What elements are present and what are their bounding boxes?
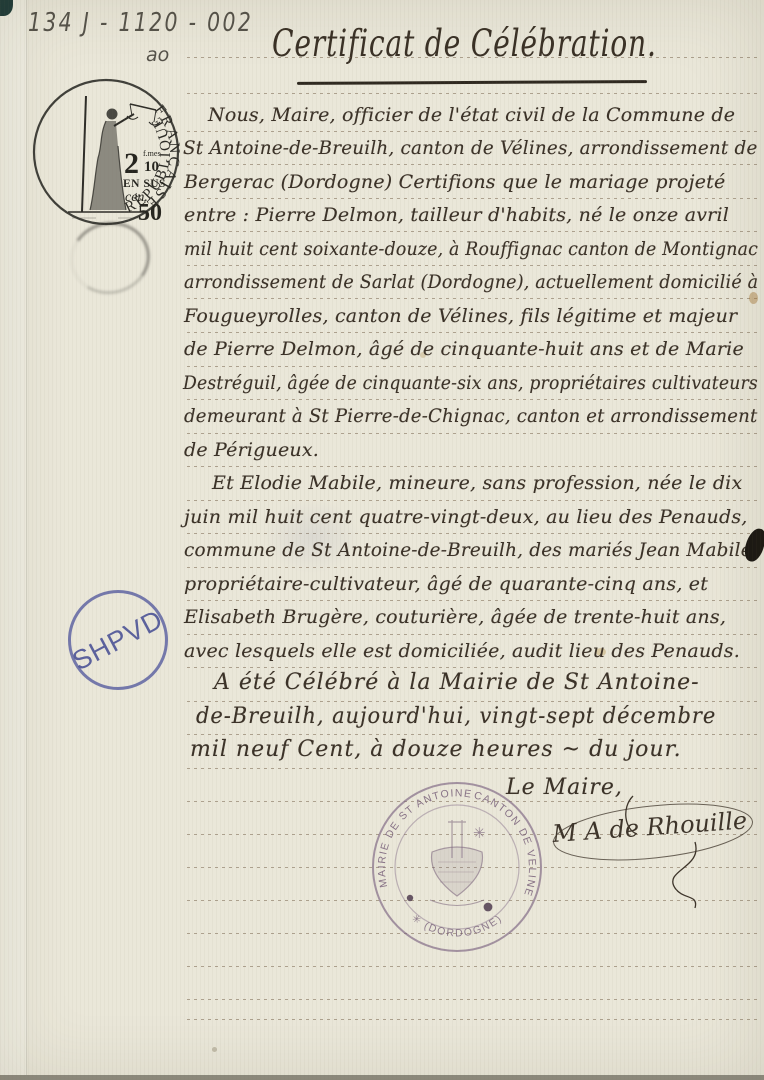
ruled-line: [187, 198, 757, 199]
mayor-signature: M A de Rhouille: [545, 790, 760, 918]
ruled-line: [187, 298, 757, 299]
ruled-line: [187, 768, 757, 769]
svg-text:✳ (DORDOGNE): ✳ (DORDOGNE): [409, 912, 505, 939]
ruled-line: [187, 466, 757, 467]
body-line: commune de St Antoine-de-Breuilh, des ma…: [184, 539, 758, 561]
ruled-line: [187, 433, 757, 434]
surcharge-label: EN SUS: [123, 178, 166, 190]
ruled-line: [187, 231, 757, 232]
ruled-line: [187, 57, 757, 58]
body-line: demeurant à St Pierre-de-Chignac, canton…: [184, 405, 757, 427]
ruled-line: [187, 701, 757, 702]
ruled-line: [187, 734, 757, 735]
foxing-spot: [212, 1047, 217, 1052]
ruled-line: [187, 667, 757, 668]
ruled-line: [187, 265, 757, 266]
body-line: arrondissement de Sarlat (Dordogne), act…: [184, 271, 758, 293]
body-line: mil neuf Cent, à douze heures ~ du jour.: [190, 737, 682, 762]
shpvd-stamp: SHPVD: [68, 590, 168, 690]
ruled-line: [187, 399, 757, 400]
body-line: Nous, Maire, officier de l'état civil de…: [208, 104, 735, 126]
ruled-line: [187, 93, 757, 94]
revenue-stamp: RÉPUBLIQUE FRANÇAISE 2 f.mes 10 EN SUS c…: [28, 74, 184, 230]
body-line: Fougueyrolles, canton de Vélines, fils l…: [184, 305, 737, 327]
surcharge-num: 10: [144, 159, 159, 175]
ruled-line: [187, 966, 757, 967]
body-line: Destréguil, âgée de cinquante-six ans, p…: [183, 372, 758, 394]
body-line: St Antoine-de-Breuilh, canton de Vélines…: [183, 137, 758, 159]
signature-text: M A de Rhouille: [550, 806, 748, 848]
value-amount: 50: [138, 200, 162, 226]
ruled-line: [187, 131, 757, 132]
surcharge-small: f.mes: [143, 149, 161, 158]
body-line: A été Célébré à la Mairie de St Antoine-: [214, 670, 700, 695]
shpvd-stamp-text: SHPVD: [67, 603, 168, 676]
mairie-crest-icon: ✳: [430, 820, 486, 906]
body-line: Bergerac (Dordogne) Certifions que le ma…: [184, 171, 725, 193]
ink-blot: [742, 526, 764, 563]
body-line: juin mil huit cent quatre-vingt-deux, au…: [184, 506, 748, 528]
mairie-stamp-bottom-text: ✳ (DORDOGNE): [409, 912, 505, 939]
ruled-line: [187, 366, 757, 367]
foxing-spot: [749, 292, 758, 304]
body-line: Et Elodie Mabile, mineure, sans professi…: [212, 472, 742, 494]
svg-text:✳: ✳: [473, 824, 486, 842]
ruled-line: [187, 500, 757, 501]
surcharge-digit: 2: [124, 147, 139, 180]
body-line: de-Breuilh, aujourd'hui, vingt-sept déce…: [196, 704, 716, 729]
body-line: de Périgueux.: [184, 439, 319, 461]
body-line: de Pierre Delmon, âgé de cinquante-huit …: [184, 338, 744, 360]
ruled-line: [187, 164, 757, 165]
ruled-line: [187, 600, 757, 601]
ruled-line: [187, 1019, 757, 1020]
archival-note: ao: [146, 44, 169, 66]
stamp-ink-spot: [407, 895, 413, 901]
ruled-line: [187, 332, 757, 333]
scanned-certificate-page: { "header": { "archival_ref": "134 J - 1…: [0, 0, 764, 1080]
body-line: Elisabeth Brugère, couturière, âgée de t…: [184, 606, 726, 628]
mairie-stamp: MAIRIE DE ST ANTOINE CANTON DE VELINES ✳…: [360, 780, 555, 955]
title-underline: [297, 80, 647, 85]
scan-bottom-edge: [0, 1075, 764, 1080]
scan-left-edge: [0, 0, 27, 1080]
stamp-ink-spot: [484, 903, 493, 912]
ruled-line: [187, 634, 757, 635]
ruled-line: [187, 567, 757, 568]
body-line: mil huit cent soixante-douze, à Rouffign…: [184, 238, 758, 260]
body-line: propriétaire-cultivateur, âgé de quarant…: [184, 573, 708, 595]
archival-reference: 134 J - 1120 - 002: [28, 8, 253, 38]
body-line: entre : Pierre Delmon, tailleur d'habits…: [184, 204, 729, 226]
document-title: Certificat de Célébration.: [272, 22, 657, 65]
ruled-line: [187, 999, 757, 1000]
body-line: avec lesquels elle est domiciliée, audit…: [184, 640, 740, 662]
